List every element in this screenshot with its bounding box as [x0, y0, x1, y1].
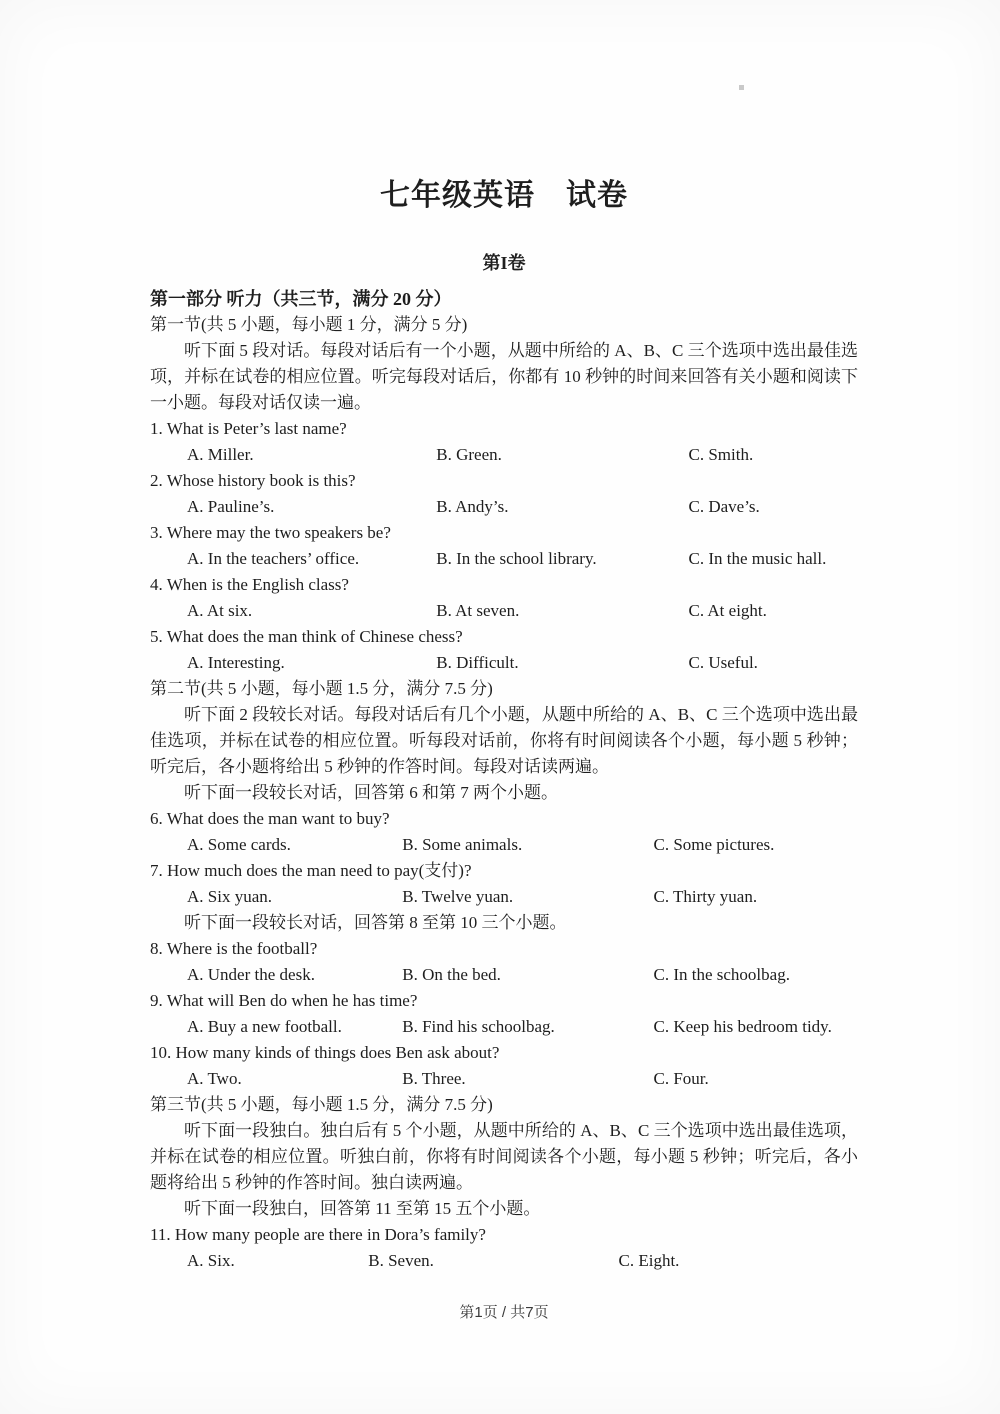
- option-a: A. Two.: [187, 1066, 398, 1092]
- question-2: 2. Whose history book is this? A. Paulin…: [150, 468, 858, 520]
- question-1: 1. What is Peter’s last name? A. Miller.…: [150, 416, 858, 468]
- option-c: C. In the schoolbag.: [654, 962, 790, 988]
- question-5: 5. What does the man think of Chinese ch…: [150, 624, 858, 676]
- section2-dialog1-lead: 听下面一段较长对话，回答第 6 和第 7 两个小题。: [150, 780, 858, 806]
- option-c: C. Useful.: [689, 650, 758, 676]
- question-options: A. Interesting. B. Difficult. C. Useful.: [150, 650, 858, 676]
- option-a: A. At six.: [187, 598, 432, 624]
- question-6: 6. What does the man want to buy? A. Som…: [150, 806, 858, 858]
- question-9: 9. What will Ben do when he has time? A.…: [150, 988, 858, 1040]
- question-options: A. Two. B. Three. C. Four.: [150, 1066, 858, 1092]
- option-a: A. Six.: [187, 1248, 364, 1274]
- option-b: B. Andy’s.: [436, 494, 684, 520]
- option-c: C. In the music hall.: [689, 546, 827, 572]
- question-text: 4. When is the English class?: [150, 572, 858, 598]
- option-a: A. Six yuan.: [187, 884, 398, 910]
- option-c: C. At eight.: [689, 598, 767, 624]
- question-text: 9. What will Ben do when he has time?: [150, 988, 858, 1014]
- option-b: B. At seven.: [436, 598, 684, 624]
- question-4: 4. When is the English class? A. At six.…: [150, 572, 858, 624]
- section2-heading: 第二节(共 5 小题，每小题 1.5 分，满分 7.5 分): [150, 676, 858, 702]
- option-a: A. In the teachers’ office.: [187, 546, 432, 572]
- section3-heading: 第三节(共 5 小题，每小题 1.5 分，满分 7.5 分): [150, 1092, 858, 1118]
- question-text: 5. What does the man think of Chinese ch…: [150, 624, 858, 650]
- question-options: A. Pauline’s. B. Andy’s. C. Dave’s.: [150, 494, 858, 520]
- option-a: A. Interesting.: [187, 650, 432, 676]
- option-b: B. Difficult.: [436, 650, 684, 676]
- option-b: B. Green.: [436, 442, 684, 468]
- question-text: 8. Where is the football?: [150, 936, 858, 962]
- section1-heading: 第一节(共 5 小题，每小题 1 分，满分 5 分): [150, 312, 858, 338]
- option-c: C. Thirty yuan.: [654, 884, 758, 910]
- question-options: A. At six. B. At seven. C. At eight.: [150, 598, 858, 624]
- option-b: B. Three.: [402, 1066, 649, 1092]
- question-text: 3. Where may the two speakers be?: [150, 520, 858, 546]
- volume-heading: 第I卷: [150, 250, 858, 276]
- option-b: B. Some animals.: [402, 832, 649, 858]
- question-text: 1. What is Peter’s last name?: [150, 416, 858, 442]
- option-a: A. Some cards.: [187, 832, 398, 858]
- option-b: B. Twelve yuan.: [402, 884, 649, 910]
- option-a: A. Pauline’s.: [187, 494, 432, 520]
- option-c: C. Smith.: [689, 442, 754, 468]
- exam-paper-page: 七年级英语 试卷 第I卷 第一部分 听力（共三节，满分 20 分） 第一节(共 …: [0, 0, 1000, 1414]
- question-text: 2. Whose history book is this?: [150, 468, 858, 494]
- question-text: 10. How many kinds of things does Ben as…: [150, 1040, 858, 1066]
- option-b: B. On the bed.: [402, 962, 649, 988]
- section2-dialog2-lead: 听下面一段较长对话，回答第 8 至第 10 三个小题。: [150, 910, 858, 936]
- question-7: 7. How much does the man need to pay(支付)…: [150, 858, 858, 910]
- question-options: A. Buy a new football. B. Find his schoo…: [150, 1014, 858, 1040]
- question-options: A. In the teachers’ office. B. In the sc…: [150, 546, 858, 572]
- question-10: 10. How many kinds of things does Ben as…: [150, 1040, 858, 1092]
- question-options: A. Six yuan. B. Twelve yuan. C. Thirty y…: [150, 884, 858, 910]
- question-options: A. Miller. B. Green. C. Smith.: [150, 442, 858, 468]
- page-footer: 第1页 / 共7页: [150, 1302, 858, 1324]
- section3-intro: 听下面一段独白。独白后有 5 个小题，从题中所给的 A、B、C 三个选项中选出最…: [150, 1118, 858, 1196]
- question-options: A. Some cards. B. Some animals. C. Some …: [150, 832, 858, 858]
- option-c: C. Keep his bedroom tidy.: [654, 1014, 832, 1040]
- question-options: A. Six. B. Seven. C. Eight.: [150, 1248, 858, 1274]
- part1-heading: 第一部分 听力（共三节，满分 20 分）: [150, 286, 858, 312]
- option-c: C. Dave’s.: [689, 494, 760, 520]
- option-c: C. Four.: [654, 1066, 709, 1092]
- option-a: A. Buy a new football.: [187, 1014, 398, 1040]
- option-a: A. Under the desk.: [187, 962, 398, 988]
- page-content: 七年级英语 试卷 第I卷 第一部分 听力（共三节，满分 20 分） 第一节(共 …: [150, 0, 858, 1274]
- question-8: 8. Where is the football? A. Under the d…: [150, 936, 858, 988]
- option-c: C. Eight.: [619, 1248, 680, 1274]
- question-11: 11. How many people are there in Dora’s …: [150, 1222, 858, 1274]
- option-b: B. In the school library.: [436, 546, 684, 572]
- option-a: A. Miller.: [187, 442, 432, 468]
- paper-title: 七年级英语 试卷: [150, 176, 858, 216]
- option-c: C. Some pictures.: [654, 832, 775, 858]
- option-b: B. Find his schoolbag.: [402, 1014, 649, 1040]
- question-text: 7. How much does the man need to pay(支付)…: [150, 858, 858, 884]
- section3-monologue-lead: 听下面一段独白，回答第 11 至第 15 五个小题。: [150, 1196, 858, 1222]
- option-b: B. Seven.: [368, 1248, 614, 1274]
- section1-intro: 听下面 5 段对话。每段对话后有一个小题，从题中所给的 A、B、C 三个选项中选…: [150, 338, 858, 416]
- section2-intro: 听下面 2 段较长对话。每段对话后有几个小题，从题中所给的 A、B、C 三个选项…: [150, 702, 858, 780]
- question-text: 11. How many people are there in Dora’s …: [150, 1222, 858, 1248]
- question-options: A. Under the desk. B. On the bed. C. In …: [150, 962, 858, 988]
- question-text: 6. What does the man want to buy?: [150, 806, 858, 832]
- question-3: 3. Where may the two speakers be? A. In …: [150, 520, 858, 572]
